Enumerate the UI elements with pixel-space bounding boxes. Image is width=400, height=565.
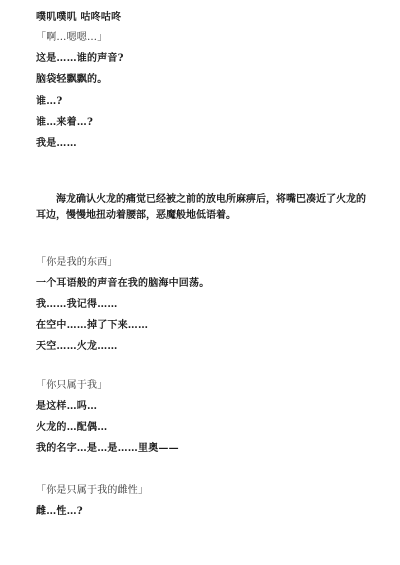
narration-line: 这是……谁的声音?	[36, 53, 124, 65]
narration-line: 一个耳语般的声音在我的脑海中回荡。	[36, 278, 209, 290]
narration-line: 在空中……掉了下来……	[36, 320, 148, 332]
narration-line: 火龙的…配偶…	[36, 422, 107, 434]
narration-paragraph: 海龙确认火龙的痛觉已经被之前的放电所麻痹后，将嘴巴凑近了火龙的耳边，慢慢地扭动着…	[36, 192, 366, 224]
narration-line: 我的名字…是…是……里奥——	[36, 443, 179, 455]
narration-line: 我是……	[36, 138, 77, 150]
narration-line: 天空……火龙……	[36, 341, 118, 353]
narration-line: 谁…来着…?	[36, 117, 93, 129]
narration-line: 我……我记得……	[36, 299, 118, 311]
dialogue-line: 「你只属于我」	[36, 380, 107, 392]
narration-line: 噗叽噗叽 咕咚咕咚	[36, 12, 121, 24]
narration-line: 谁…?	[36, 96, 62, 108]
dialogue-line: 「你是我的东西」	[36, 257, 118, 269]
narration-line: 是这样…吗…	[36, 401, 97, 413]
dialogue-line: 「啊…嗯嗯…」	[36, 32, 107, 44]
narration-line: 脑袋轻飘飘的。	[36, 74, 107, 86]
dialogue-line: 「你是只属于我的雌性」	[36, 485, 148, 497]
narration-line: 雌…性…?	[36, 506, 83, 518]
